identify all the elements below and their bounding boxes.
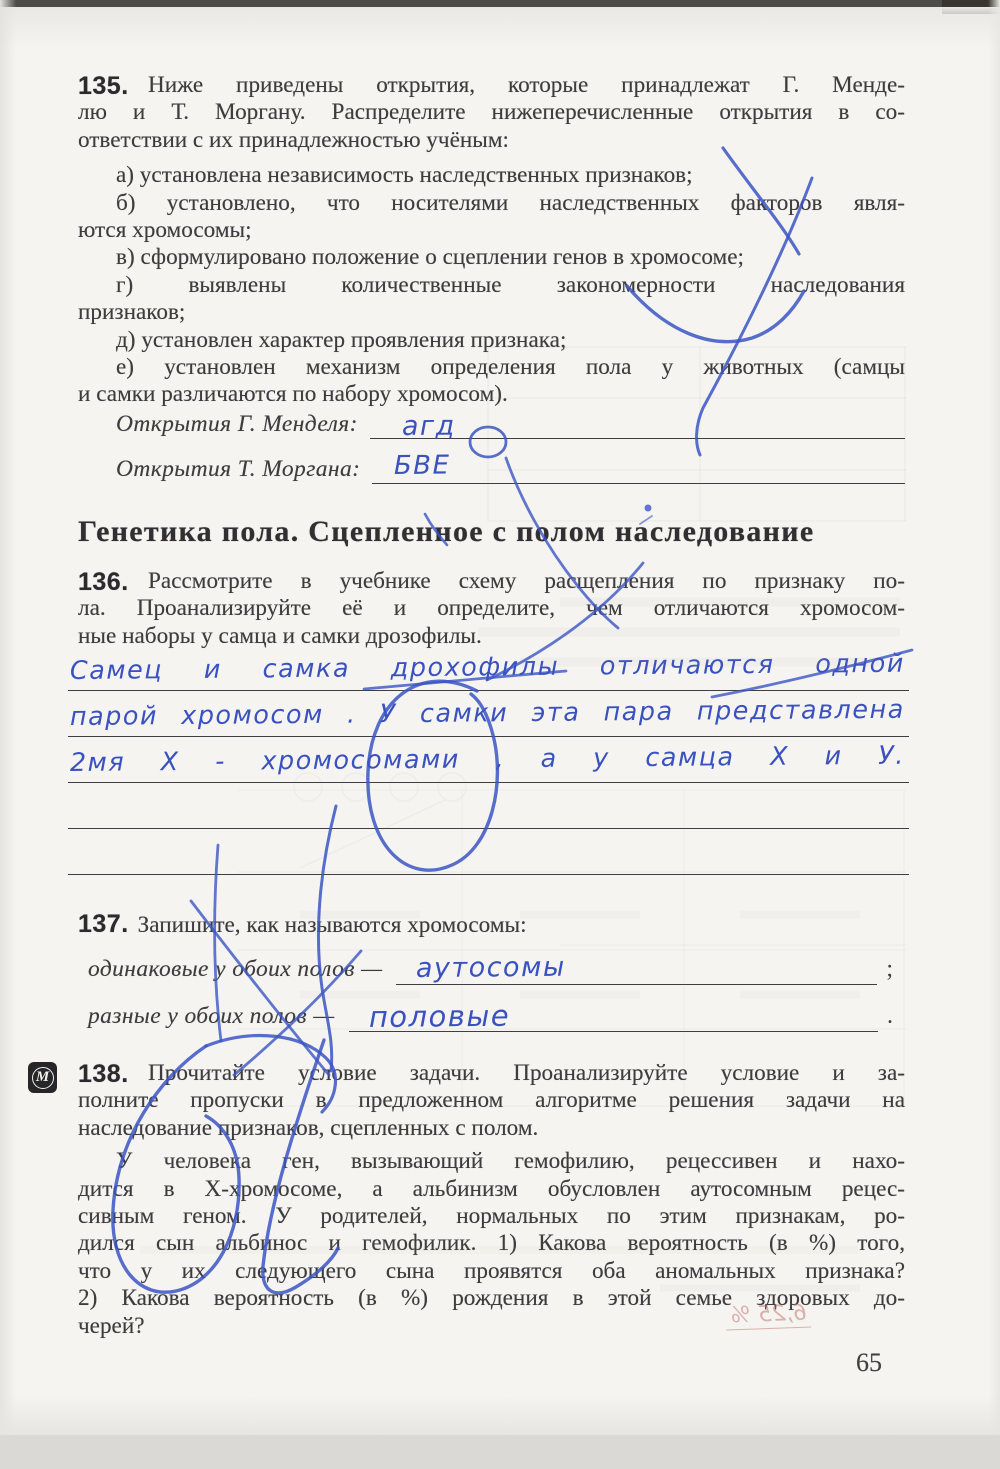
- text-line: что у их следующего сына проявятся оба а…: [78, 1258, 905, 1285]
- fill-in-row: разные у обоих полов — половые .: [88, 995, 893, 1032]
- handwritten-answer: аутосомы: [416, 952, 566, 984]
- punctuation: ;: [886, 954, 893, 985]
- task-138-intro: Прочитайте условие задачи. Проанализируй…: [78, 1060, 905, 1142]
- fill-in-row: одинаковые у обоих полов — аутосомы ;: [88, 948, 893, 985]
- task-137-rows: одинаковые у обоих полов — аутосомы ; ра…: [88, 948, 893, 1042]
- text-line: полните пропуски в предложенном алгоритм…: [78, 1087, 905, 1114]
- scan-edge-bottom: [0, 1435, 1000, 1469]
- list-item-line: б) установлено, что носителями наследств…: [78, 190, 905, 217]
- task-135-intro: Ниже приведены открытия, которые принадл…: [78, 72, 905, 154]
- morgan-answer-row: Открытия Т. Моргана: БВЕ: [78, 448, 905, 484]
- scan-shade-top: [0, 7, 1000, 49]
- answer-rule-line: 2мя Х - хромосомами , а у самца Х и У.: [68, 737, 909, 783]
- list-item-line: г) выявлены количественные закономерност…: [78, 272, 905, 299]
- handwritten-answer-line: Самец и самка дрохофилы отличаются одной: [70, 649, 905, 686]
- list-item-line: е) установлен механизм определения пола …: [78, 354, 905, 381]
- text-line: наследование признаков, сцепленных с пол…: [78, 1115, 905, 1142]
- handwritten-answer-line: [70, 863, 905, 870]
- morgan-answer-rule: БВЕ: [372, 453, 905, 484]
- handwritten-answer-line: парой хромосом . У самки эта пара предст…: [70, 695, 905, 732]
- text-line: Ниже приведены открытия, которые принадл…: [78, 72, 905, 99]
- text-line: сивным геном. У родителей, нормальных по…: [78, 1203, 905, 1230]
- task-137-number: 137.: [78, 910, 129, 938]
- workbook-page: 135. Ниже приведены открытия, которые пр…: [0, 0, 1000, 1469]
- handwritten-answer-mendel: агд: [402, 411, 456, 442]
- ink-dot: [645, 505, 652, 512]
- handwritten-answer-morgan: БВЕ: [394, 451, 451, 481]
- list-item-line: ются хромосомы;: [78, 217, 905, 244]
- task-138-number: 138.: [78, 1060, 129, 1089]
- text-line: дился сын альбинос и гемофилик. 1) Каков…: [78, 1230, 905, 1257]
- mendel-answer-rule: агд: [370, 408, 905, 439]
- task-137-intro-line: 137.Запишите, как называются хромосомы:: [78, 911, 905, 939]
- page-number: 65: [856, 1348, 882, 1378]
- answer-rule-line: парой хромосом . У самки эта пара предст…: [68, 691, 909, 737]
- text-line: лю и Т. Моргану. Распределите нижеперечи…: [78, 99, 905, 126]
- morgan-label: Открытия Т. Моргана:: [78, 454, 372, 484]
- scan-shade-right: [988, 0, 1000, 1469]
- method-badge-letter: М: [32, 1067, 54, 1089]
- text-line: дится в Х-хромосоме, а альбинизм обуслов…: [78, 1176, 905, 1203]
- task-136-intro: Рассмотрите в учебнике схему расщепления…: [78, 568, 905, 650]
- task-136-answer-area: Самец и самка дрохофилы отличаются одной…: [68, 645, 909, 875]
- text-line: ла. Проанализируйте её и определите, чем…: [78, 595, 905, 622]
- bleedthrough-note: 6,25 %: [726, 1301, 812, 1331]
- task-137-intro: Запишите, как называются хромосомы:: [138, 912, 527, 938]
- list-item-line: а) установлена независимость наследствен…: [78, 162, 905, 189]
- answer-rule: аутосомы: [396, 953, 877, 985]
- mendel-label: Открытия Г. Менделя:: [78, 409, 370, 439]
- method-badge: М: [28, 1062, 57, 1093]
- task-135: 135. Ниже приведены открытия, которые пр…: [78, 72, 905, 409]
- scan-edge-top: [0, 0, 1000, 7]
- text-line: У человека ген, вызывающий гемофилию, ре…: [78, 1148, 905, 1175]
- answer-rule-line: Самец и самка дрохофилы отличаются одной: [68, 645, 909, 691]
- answer-rule-line: [68, 783, 909, 829]
- answer-rule: половые: [349, 1000, 878, 1032]
- task-136-number: 136.: [78, 568, 129, 597]
- handwritten-answer: половые: [368, 999, 510, 1034]
- mendel-answer-row: Открытия Г. Менделя: агд: [78, 403, 905, 439]
- list-item-line: признаков;: [78, 299, 905, 326]
- scan-shade-left: [0, 0, 16, 1469]
- task-136: 136. Рассмотрите в учебнике схему расщеп…: [78, 568, 905, 650]
- task-135-number: 135.: [78, 72, 129, 101]
- section-heading: Генетика пола. Сцепленное с полом наслед…: [78, 515, 918, 549]
- answer-rule-line: [68, 829, 909, 875]
- task-135-items: а) установлена независимость наследствен…: [78, 162, 905, 409]
- row-label: одинаковые у обоих полов —: [88, 954, 396, 985]
- list-item-line: в) сформулировано положение о сцеплении …: [78, 244, 905, 271]
- scan-shade-bottom: [0, 1395, 1000, 1435]
- handwritten-answer-line: [70, 817, 905, 824]
- text-line: Прочитайте условие задачи. Проанализируй…: [78, 1060, 905, 1087]
- text-line: ответствии с их принадлежностью учёным:: [78, 127, 905, 154]
- handwritten-answer-line: 2мя Х - хромосомами , а у самца Х и У.: [70, 741, 905, 778]
- row-label: разные у обоих полов —: [88, 1001, 349, 1032]
- task-138: М 138. Прочитайте условие задачи. Проана…: [78, 1060, 905, 1340]
- task-137: 137.Запишите, как называются хромосомы:: [78, 911, 905, 939]
- list-item-line: д) установлен характер проявления призна…: [78, 327, 905, 354]
- punctuation: .: [887, 1001, 893, 1032]
- text-line: Рассмотрите в учебнике схему расщепления…: [78, 568, 905, 595]
